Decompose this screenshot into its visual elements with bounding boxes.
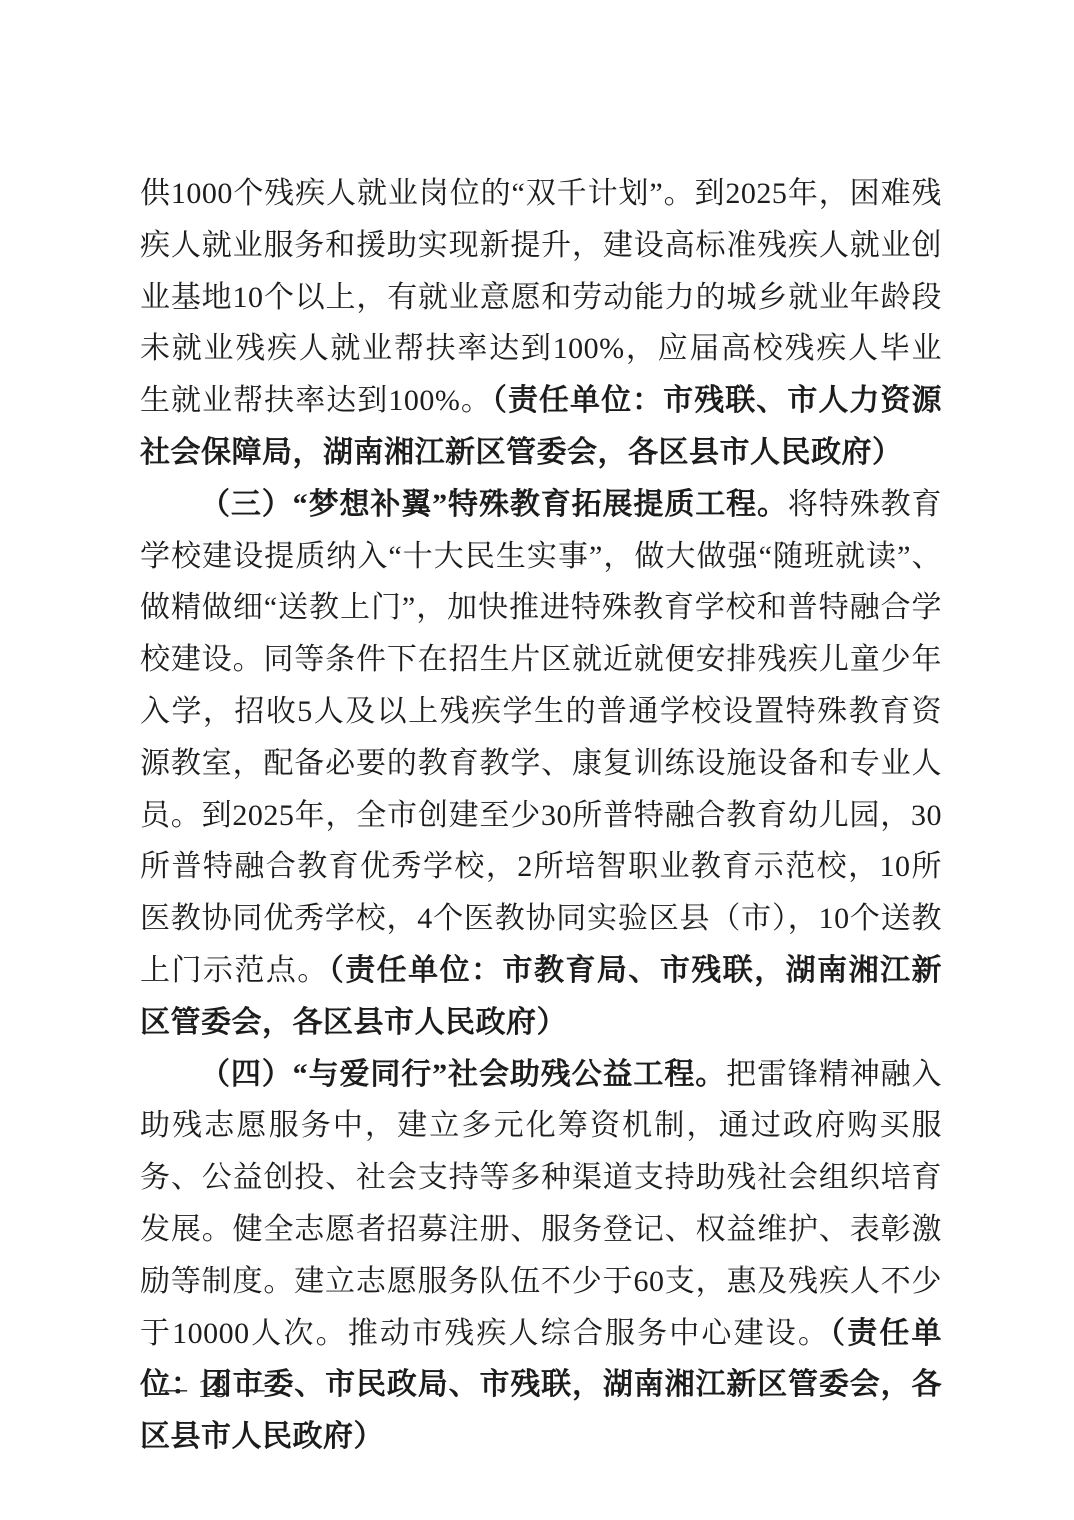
document-page: 供1000个残疾人就业岗位的“双千计划”。到2025年，困难残疾人就业服务和援助… bbox=[0, 0, 1074, 1520]
page-number-text: — 18 — bbox=[160, 1373, 267, 1403]
body-text: 把雷锋精神融入助残志愿服务中，建立多元化筹资机制，通过政府购买服务、公益创投、社… bbox=[140, 1058, 942, 1350]
body-text: 供1000个残疾人就业岗位的“双千计划”。到2025年，困难残疾人就业服务和援助… bbox=[140, 177, 942, 417]
paragraph-special-education-project: （三）“梦想补翼”特殊教育拓展提质工程。将特殊教育学校建设提质纳入“十大民生实事… bbox=[140, 479, 942, 1049]
section-heading-text: （三）“梦想补翼”特殊教育拓展提质工程。 bbox=[200, 488, 788, 521]
paragraph-employment-continued: 供1000个残疾人就业岗位的“双千计划”。到2025年，困难残疾人就业服务和援助… bbox=[140, 168, 942, 479]
page-number: — 18 — bbox=[160, 1372, 267, 1404]
document-body: 供1000个残疾人就业岗位的“双千计划”。到2025年，困难残疾人就业服务和援助… bbox=[140, 168, 942, 1463]
body-text: 将特殊教育学校建设提质纳入“十大民生实事”，做大做强“随班就读”、做精做细“送教… bbox=[140, 488, 942, 987]
section-heading-text: （四）“与爱同行”社会助残公益工程。 bbox=[200, 1058, 726, 1091]
